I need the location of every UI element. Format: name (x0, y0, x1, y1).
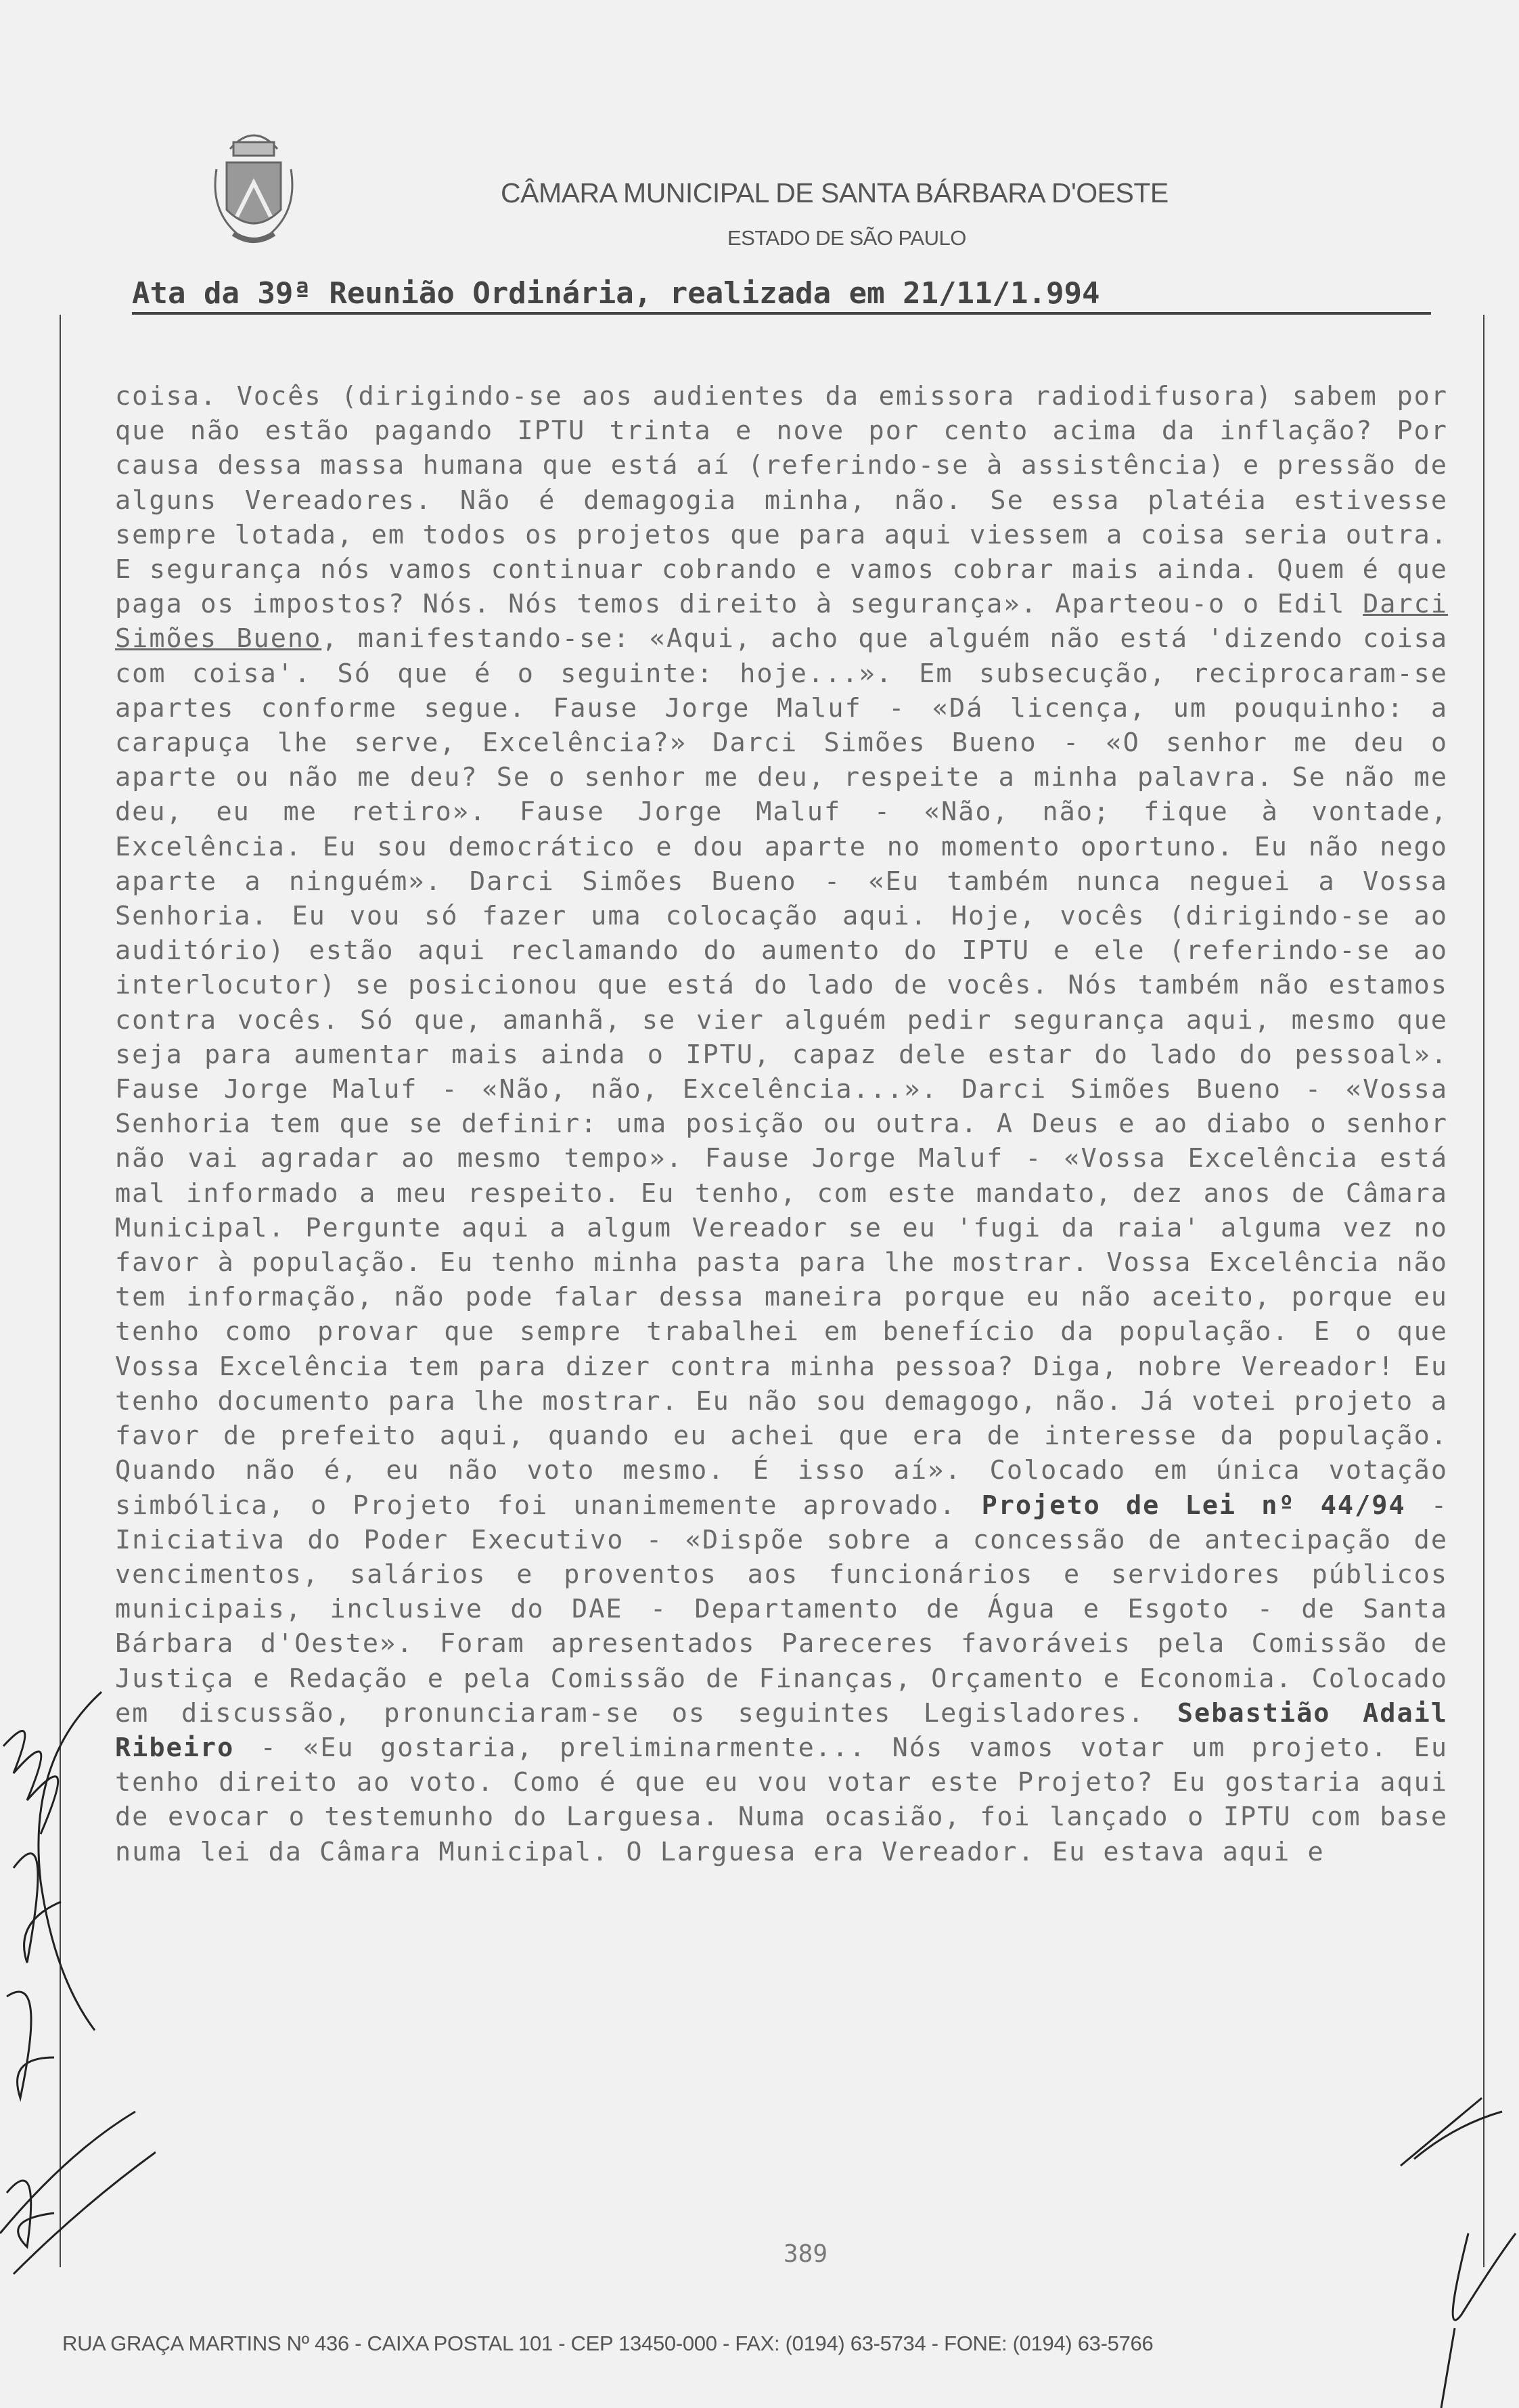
organization-state: ESTADO DE SÃO PAULO (727, 226, 966, 250)
bold-reference: Projeto de Lei nº 44/94 (982, 1490, 1406, 1521)
right-margin-rule (1483, 315, 1484, 2267)
text-run: - Iniciativa do Poder Executivo - «Dispõ… (115, 1490, 1448, 1729)
document-title: Ata da 39ª Reunião Ordinária, realizada … (132, 276, 1431, 315)
footer-address: RUA GRAÇA MARTINS Nº 436 - CAIXA POSTAL … (62, 2332, 1503, 2356)
minutes-paragraph: coisa. Vocês (dirigindo-se aos audientes… (115, 379, 1448, 1869)
organization-name: CÂMARA MUNICIPAL DE SANTA BÁRBARA D'OEST… (501, 177, 1245, 209)
text-run: coisa. Vocês (dirigindo-se aos audientes… (115, 381, 1448, 619)
minutes-body: coisa. Vocês (dirigindo-se aos audientes… (115, 379, 1448, 1869)
text-run: - «Eu gostaria, preliminarmente... Nós v… (115, 1733, 1448, 1867)
left-margin-rule (60, 315, 61, 2267)
text-run: , manifestando-se: «Aqui, acho que algué… (115, 623, 1448, 1520)
municipal-coat-of-arms-icon (206, 122, 301, 247)
handwritten-initials-icon (1387, 2084, 1519, 2408)
page-number: 389 (784, 2240, 827, 2268)
